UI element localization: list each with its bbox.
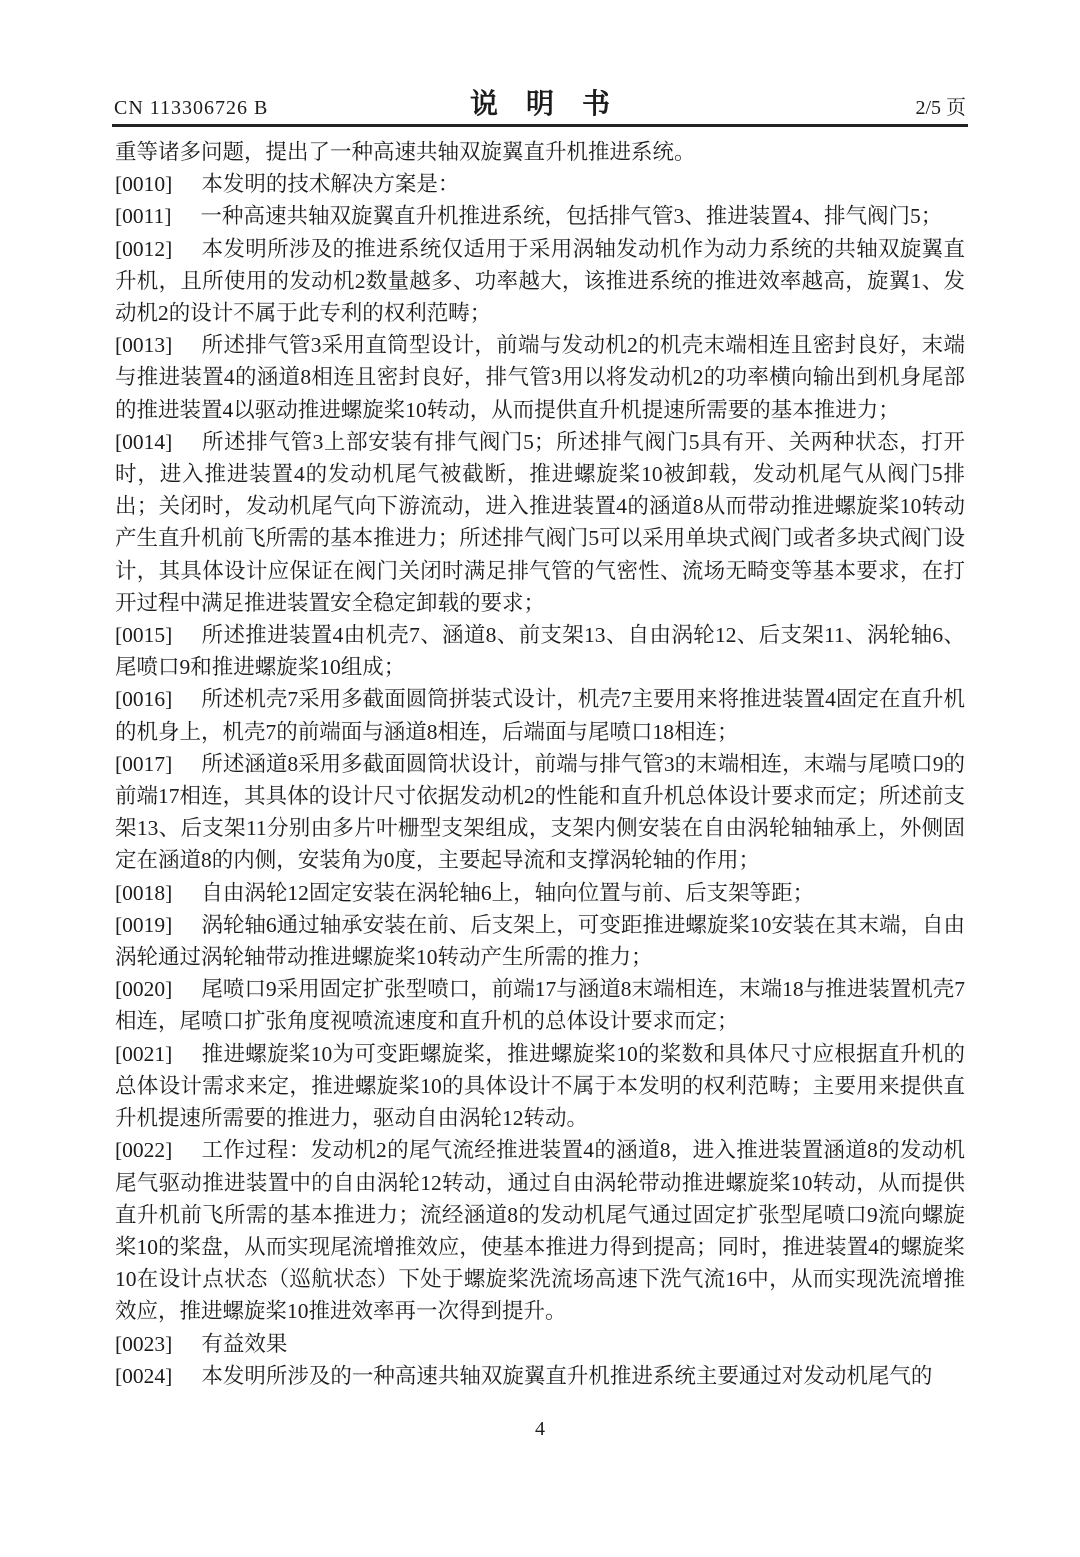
- paragraph-tag: [0020]: [115, 977, 172, 1001]
- paragraph-0021: [0021]推进螺旋桨10为可变距螺旋桨，推进螺旋桨10的桨数和具体尺寸应根据直…: [115, 1038, 965, 1135]
- paragraph-tag: [0022]: [115, 1138, 172, 1162]
- page-footer: 4: [0, 1418, 1080, 1441]
- paragraph-tag: [0011]: [115, 204, 172, 228]
- paragraph-0022: [0022]工作过程：发动机2的尾气流经推进装置4的涵道8，进入推进装置涵道8的…: [115, 1134, 965, 1327]
- paragraph-text: 所述机壳7采用多截面圆筒拼装式设计，机壳7主要用来将推进装置4固定在直升机的机身…: [115, 687, 965, 743]
- paragraph-0023: [0023]有益效果: [115, 1328, 965, 1360]
- paragraph-continuation: 重等诸多问题，提出了一种高速共轴双旋翼直升机推进系统。: [115, 136, 965, 168]
- page-number: 4: [535, 1418, 545, 1440]
- document-body: 重等诸多问题，提出了一种高速共轴双旋翼直升机推进系统。 [0010]本发明的技术…: [115, 136, 965, 1392]
- paragraph-text: 所述推进装置4由机壳7、涵道8、前支架13、自由涡轮12、后支架11、涡轮轴6、…: [115, 623, 965, 679]
- paragraph-0011: [0011]一种高速共轴双旋翼直升机推进系统，包括排气管3、推进装置4、排气阀门…: [115, 200, 965, 232]
- paragraph-0017: [0017]所述涵道8采用多截面圆筒状设计，前端与排气管3的末端相连，末端与尾喷…: [115, 748, 965, 877]
- paragraph-0013: [0013]所述排气管3采用直筒型设计，前端与发动机2的机壳末端相连且密封良好，…: [115, 329, 965, 426]
- page-indicator: 2/5 页: [915, 91, 966, 120]
- paragraph-tag: [0018]: [115, 881, 172, 905]
- paragraph-tag: [0021]: [115, 1042, 172, 1066]
- paragraph-tag: [0010]: [115, 172, 172, 196]
- document-title: 说 明 书: [470, 82, 610, 122]
- paragraph-text: 尾喷口9采用固定扩张型喷口，前端17与涵道8末端相连，末端18与推进装置机壳7相…: [115, 977, 965, 1033]
- paragraph-0024: [0024]本发明所涉及的一种高速共轴双旋翼直升机推进系统主要通过对发动机尾气的: [115, 1360, 965, 1392]
- paragraph-tag: [0017]: [115, 752, 172, 776]
- paragraph-text: 所述涵道8采用多截面圆筒状设计，前端与排气管3的末端相连，末端与尾喷口9的前端1…: [115, 752, 965, 873]
- paragraph-0010: [0010]本发明的技术解决方案是：: [115, 168, 965, 200]
- paragraph-0016: [0016]所述机壳7采用多截面圆筒拼装式设计，机壳7主要用来将推进装置4固定在…: [115, 683, 965, 747]
- paragraph-text: 本发明的技术解决方案是：: [201, 172, 459, 196]
- paragraph-text: 本发明所涉及的推进系统仅适用于采用涡轴发动机作为动力系统的共轴双旋翼直升机，且所…: [115, 237, 965, 325]
- paragraph-text: 自由涡轮12固定安装在涡轮轴6上，轴向位置与前、后支架等距；: [201, 881, 814, 905]
- paragraph-text: 所述排气管3采用直筒型设计，前端与发动机2的机壳末端相连且密封良好，末端与推进装…: [115, 333, 965, 421]
- paragraph-tag: [0014]: [115, 430, 172, 454]
- paragraph-text: 本发明所涉及的一种高速共轴双旋翼直升机推进系统主要通过对发动机尾气的: [201, 1364, 932, 1388]
- paragraph-tag: [0016]: [115, 687, 172, 711]
- paragraph-text: 推进螺旋桨10为可变距螺旋桨，推进螺旋桨10的桨数和具体尺寸应根据直升机的总体设…: [115, 1042, 965, 1130]
- header-divider: [112, 124, 968, 127]
- paragraph-0019: [0019]涡轮轴6通过轴承安装在前、后支架上，可变距推进螺旋桨10安装在其末端…: [115, 909, 965, 973]
- patent-specification-page: CN 113306726 B 说 明 书 2/5 页 重等诸多问题，提出了一种高…: [0, 0, 1080, 1557]
- paragraph-tag: [0013]: [115, 333, 172, 357]
- paragraph-text: 涡轮轴6通过轴承安装在前、后支架上，可变距推进螺旋桨10安装在其末端，自由涡轮通…: [115, 913, 965, 969]
- paragraph-0012: [0012]本发明所涉及的推进系统仅适用于采用涡轴发动机作为动力系统的共轴双旋翼…: [115, 233, 965, 330]
- paragraph-text: 工作过程：发动机2的尾气流经推进装置4的涵道8，进入推进装置涵道8的发动机尾气驱…: [115, 1138, 965, 1323]
- paragraph-0015: [0015]所述推进装置4由机壳7、涵道8、前支架13、自由涡轮12、后支架11…: [115, 619, 965, 683]
- paragraph-tag: [0023]: [115, 1332, 172, 1356]
- paragraph-text: 一种高速共轴双旋翼直升机推进系统，包括排气管3、推进装置4、排气阀门5；: [201, 204, 943, 228]
- paragraph-tag: [0015]: [115, 623, 172, 647]
- document-number: CN 113306726 B: [114, 97, 268, 120]
- paragraph-tag: [0024]: [115, 1364, 172, 1388]
- page-header: CN 113306726 B 说 明 书 2/5 页: [114, 82, 966, 122]
- numbered-paragraphs: [0010]本发明的技术解决方案是：[0011]一种高速共轴双旋翼直升机推进系统…: [115, 168, 965, 1392]
- paragraph-tag: [0019]: [115, 913, 172, 937]
- paragraph-0020: [0020]尾喷口9采用固定扩张型喷口，前端17与涵道8末端相连，末端18与推进…: [115, 973, 965, 1037]
- paragraph-text: 所述排气管3上部安装有排气阀门5；所述排气阀门5具有开、关两种状态，打开时，进入…: [115, 430, 965, 615]
- paragraph-0018: [0018]自由涡轮12固定安装在涡轮轴6上，轴向位置与前、后支架等距；: [115, 877, 965, 909]
- paragraph-text: 有益效果: [201, 1332, 287, 1356]
- paragraph-tag: [0012]: [115, 237, 172, 261]
- paragraph-0014: [0014]所述排气管3上部安装有排气阀门5；所述排气阀门5具有开、关两种状态，…: [115, 426, 965, 619]
